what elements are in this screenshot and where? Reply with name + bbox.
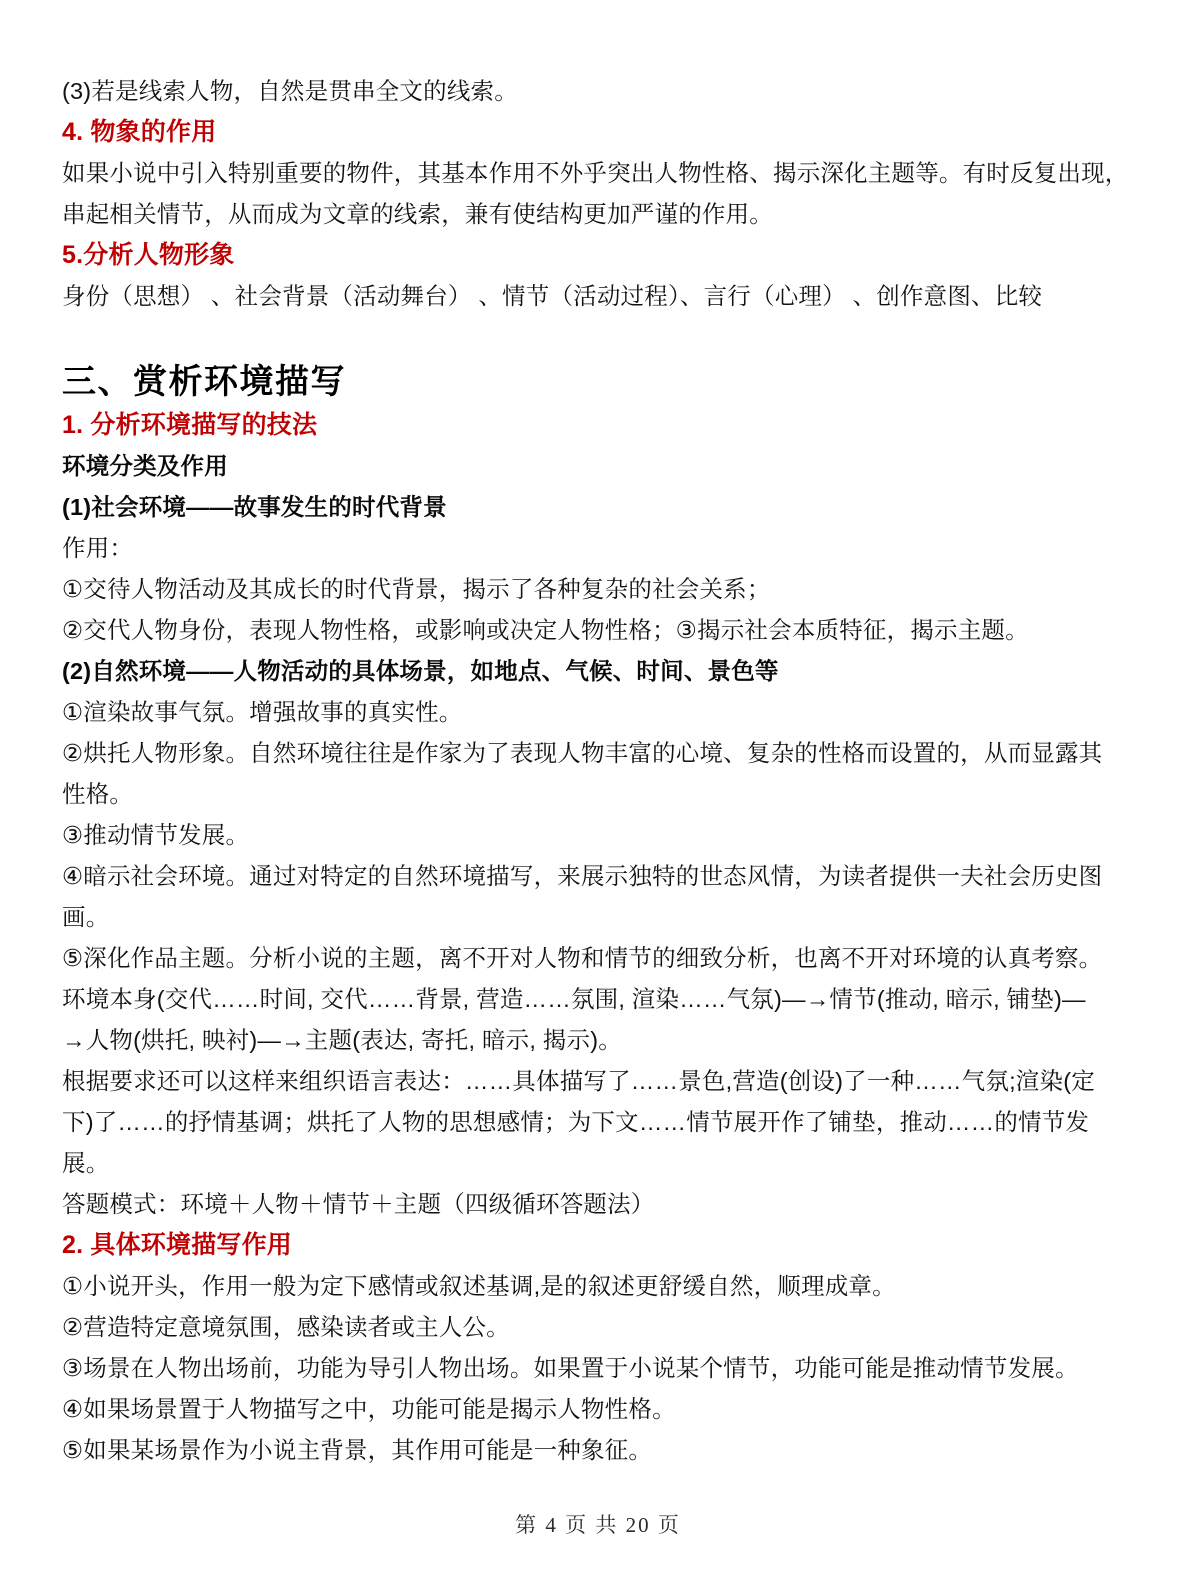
text-line: ⑤深化作品主题。分析小说的主题，离不开对人物和情节的细致分析，也离不开对环境的认… <box>62 938 1134 979</box>
bold-text-line: (1)社会环境——故事发生的时代背景 <box>62 487 1134 528</box>
text-line: 串起相关情节，从而成为文章的线索，兼有使结构更加严谨的作用。 <box>62 194 1134 235</box>
page-footer: 第 4 页 共 20 页 <box>62 1509 1134 1539</box>
text-line: 环境本身(交代……时间, 交代……背景, 营造……氛围, 渲染……气氛)—→情节… <box>62 979 1134 1020</box>
text-line: ②营造特定意境氛围，感染读者或主人公。 <box>62 1307 1134 1348</box>
text-line: 身份（思想） 、社会背景（活动舞台） 、情节（活动过程）、言行（心理） 、创作意… <box>62 276 1134 317</box>
text-line: 下)了……的抒情基调；烘托了人物的思想感情；为下文……情节展开作了铺垫，推动……… <box>62 1102 1134 1143</box>
text-line: 展。 <box>62 1143 1134 1184</box>
text-line: 画。 <box>62 897 1134 938</box>
red-subheading: 2. 具体环境描写作用 <box>62 1225 1134 1266</box>
red-subheading: 4. 物象的作用 <box>62 112 1134 153</box>
bold-text-line: (2)自然环境——人物活动的具体场景，如地点、气候、时间、景色等 <box>62 651 1134 692</box>
text-line: 如果小说中引入特别重要的物件，其基本作用不外乎突出人物性格、揭示深化主题等。有时… <box>62 153 1134 194</box>
text-line: ②交代人物身份，表现人物性格，或影响或决定人物性格；③揭示社会本质特征，揭示主题… <box>62 610 1134 651</box>
document-page: (3)若是线索人物，自然是贯串全文的线索。4. 物象的作用如果小说中引入特别重要… <box>0 0 1192 1589</box>
text-line: ③推动情节发展。 <box>62 815 1134 856</box>
text-line: 答题模式：环境＋人物＋情节＋主题（四级循环答题法） <box>62 1184 1134 1225</box>
text-line: 性格。 <box>62 774 1134 815</box>
text-line: ①交待人物活动及其成长的时代背景，揭示了各种复杂的社会关系； <box>62 569 1134 610</box>
document-body: (3)若是线索人物，自然是贯串全文的线索。4. 物象的作用如果小说中引入特别重要… <box>62 71 1134 1471</box>
text-line: →人物(烘托, 映衬)—→主题(表达, 寄托, 暗示, 揭示)。 <box>62 1020 1134 1061</box>
text-line: (3)若是线索人物，自然是贯串全文的线索。 <box>62 71 1134 112</box>
text-line: 根据要求还可以这样来组织语言表达：……具体描写了……景色,营造(创设)了一种……… <box>62 1061 1134 1102</box>
section-heading: 三、赏析环境描写 <box>62 359 1134 405</box>
page-number-text: 第 4 页 共 20 页 <box>515 1513 681 1537</box>
text-line: ④暗示社会环境。通过对特定的自然环境描写，来展示独特的世态风情，为读者提供一夫社… <box>62 856 1134 897</box>
text-line: ②烘托人物形象。自然环境往往是作家为了表现人物丰富的心境、复杂的性格而设置的，从… <box>62 733 1134 774</box>
red-subheading: 5.分析人物形象 <box>62 235 1134 276</box>
text-line: ④如果场景置于人物描写之中，功能可能是揭示人物性格。 <box>62 1389 1134 1430</box>
text-line: ①小说开头，作用一般为定下感情或叙述基调,是的叙述更舒缓自然，顺理成章。 <box>62 1266 1134 1307</box>
text-line: ①渲染故事气氛。增强故事的真实性。 <box>62 692 1134 733</box>
bold-text-line: 环境分类及作用 <box>62 446 1134 487</box>
text-line: ③场景在人物出场前，功能为导引人物出场。如果置于小说某个情节，功能可能是推动情节… <box>62 1348 1134 1389</box>
text-line: ⑤如果某场景作为小说主背景，其作用可能是一种象征。 <box>62 1430 1134 1471</box>
text-line: 作用： <box>62 528 1134 569</box>
red-subheading: 1. 分析环境描写的技法 <box>62 405 1134 446</box>
